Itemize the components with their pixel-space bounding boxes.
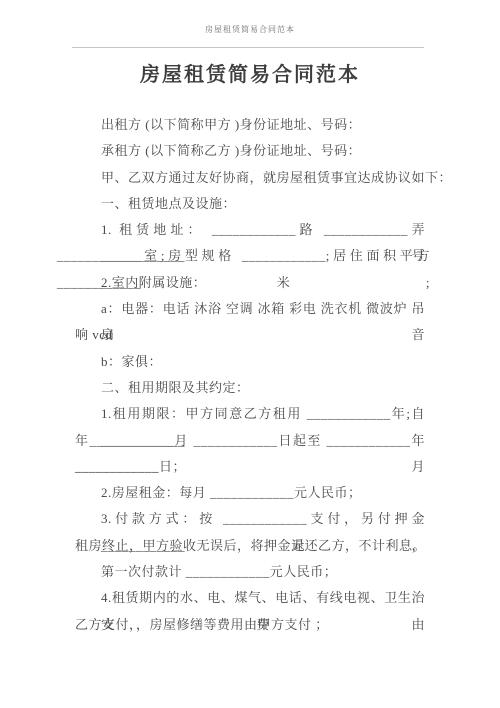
document-line-payment: 3.付款方式：按 ____________支付，另付押金____________… <box>75 506 425 532</box>
header-rule <box>72 47 424 48</box>
document-body: 出租方 (以下简称甲方 )身份证地址、号码： 承租方 (以下简称乙方 )身份证地… <box>75 112 425 638</box>
document-page: 房屋租赁简易合同范本 房屋租赁简易合同范本 出租方 (以下简称甲方 )身份证地址… <box>0 0 500 708</box>
document-line-address: 1. 租赁地址： ____________路 ____________弄 ___… <box>75 217 425 243</box>
page-title: 房屋租赁简易合同范本 <box>0 58 500 87</box>
document-line-section-2: 二、租用期限及其约定： <box>75 375 425 401</box>
document-line-term-dates: 年____________月 ____________日起至 _________… <box>75 428 425 454</box>
document-line-lessee: 承租方 (以下简称乙方 )身份证地址、号码： <box>75 138 425 164</box>
running-header: 房屋租赁简易合同范本 <box>0 24 500 35</box>
document-line-appliances: a：电器：电话 沐浴 空调 冰箱 彩电 洗衣机 微波炉 吊扇 音 <box>75 296 425 322</box>
document-line-section-1: 一、租赁地点及设施： <box>75 191 425 217</box>
document-line-furniture: b：家俱： <box>75 349 425 375</box>
document-line-room: ____________室;房型规格 ____________;居住面积平方 _… <box>57 243 430 269</box>
document-line-term: 1.租用期限：甲方同意乙方租用 ____________年;自_________… <box>75 401 425 427</box>
document-line-utilities: 4.租赁期内的水、电、煤气、电话、有线电视、卫生治安费由 <box>75 585 425 611</box>
document-line-lessor: 出租方 (以下简称甲方 )身份证地址、号码： <box>75 112 425 138</box>
document-line-rent: 2.房屋租金：每月 ____________元人民币； <box>75 480 425 506</box>
document-line-agreement: 甲、乙双方通过友好协商，就房屋租赁事宜达成协议如下： <box>75 165 425 191</box>
document-line-first-payment: 第一次付款计 ____________元人民币； <box>75 559 425 585</box>
document-line-deposit: 租房终止，甲方验收无误后，将押金退还乙方，不计利息。 <box>75 533 425 559</box>
